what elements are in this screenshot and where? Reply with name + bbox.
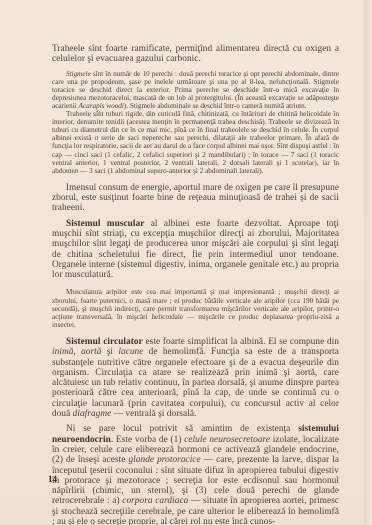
paragraph-stigmata: Stigmele sînt în număr de 10 perechi : d… [52, 70, 339, 110]
bold-term: Sistemul muscular [66, 219, 144, 229]
page-number: 14 [48, 474, 57, 484]
italic-term: Stigmele [66, 70, 91, 78]
text-run: Ni se pare locul potrivit să amintim de … [66, 424, 298, 434]
italic-term: glande protoracice [128, 455, 200, 465]
bold-term: Sistemul circulator [66, 337, 143, 347]
italic-term: inimă, aortă [52, 347, 101, 357]
text-run: Traheele sînt tuburi rigide, din cuticul… [52, 110, 339, 175]
text-run: este foarte simplificat la albină. El se… [143, 337, 339, 347]
italic-term: corpora cardiaca [122, 496, 188, 506]
text-run: Traheele sînt foarte ramificate, permiţî… [52, 44, 339, 64]
text-run: ). Stigmele abdominale se deschid într-o… [124, 102, 307, 110]
paragraph-muscular-system: Sistemul muscular al albinei este foarte… [52, 219, 339, 281]
text-run: Imensul consum de energie, aportul mare … [52, 183, 339, 214]
paragraph-circulatory-system: Sistemul circulator este foarte simplifi… [52, 337, 339, 419]
page-edge [364, 0, 372, 525]
italic-term: Acarapis woodi [79, 102, 124, 110]
text-run: — ventrală şi dorsală. [111, 409, 196, 419]
italic-term: lacune [118, 347, 143, 357]
italic-term: diafragme [73, 409, 112, 419]
italic-term: celule neurosecretoare [184, 435, 270, 445]
text-run: şi [101, 347, 118, 357]
paragraph-tracheae-structure: Traheele sînt tuburi rigide, din cuticul… [52, 110, 339, 175]
page-body: Traheele sînt foarte ramificate, permiţî… [52, 44, 339, 525]
paragraph-neuroendocrine-system: Ni se pare locul potrivit să amintim de … [52, 424, 339, 525]
paragraph-tracheae-intro: Traheele sînt foarte ramificate, permiţî… [52, 44, 339, 65]
paragraph-energy-consumption: Imensul consum de energie, aportul mare … [52, 183, 339, 214]
text-run: Musculatura aripilor este cea mai import… [52, 288, 339, 328]
text-run: . Este vorba de (1) [111, 435, 184, 445]
paragraph-wing-musculature: Musculatura aripilor este cea mai import… [52, 288, 339, 328]
